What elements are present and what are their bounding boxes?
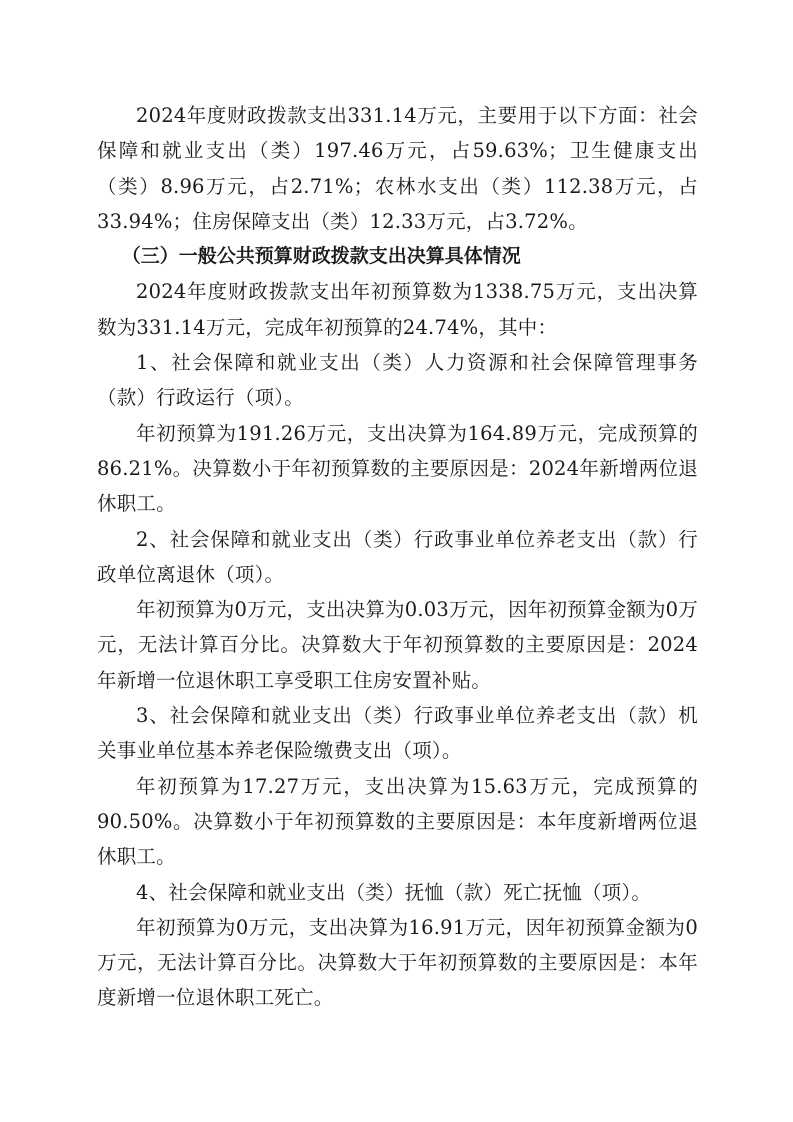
item-3-detail: 年初预算为17.27万元，支出决算为15.63万元，完成预算的90.50%。决算… bbox=[97, 769, 698, 875]
item-2-detail: 年初预算为0万元，支出决算为0.03万元，因年初预算金额为0万元，无法计算百分比… bbox=[97, 592, 698, 698]
item-4-title: 4、社会保障和就业支出（类）抚恤（款）死亡抚恤（项）。 bbox=[97, 875, 698, 910]
item-2-title: 2、社会保障和就业支出（类）行政事业单位养老支出（款）行政单位离退休（项）。 bbox=[97, 522, 698, 593]
item-4-detail: 年初预算为0万元，支出决算为16.91万元，因年初预算金额为0万元，无法计算百分… bbox=[97, 910, 698, 1016]
section-heading: （三）一般公共预算财政拨款支出决算具体情况 bbox=[97, 239, 698, 274]
intro-paragraph: 2024年度财政拨款支出331.14万元，主要用于以下方面：社会保障和就业支出（… bbox=[97, 98, 698, 239]
item-1-title: 1、社会保障和就业支出（类）人力资源和社会保障管理事务（款）行政运行（项）。 bbox=[97, 345, 698, 416]
document-page: 2024年度财政拨款支出331.14万元，主要用于以下方面：社会保障和就业支出（… bbox=[97, 98, 698, 1016]
item-3-title: 3、社会保障和就业支出（类）行政事业单位养老支出（款）机关事业单位基本养老保险缴… bbox=[97, 698, 698, 769]
item-1-detail: 年初预算为191.26万元，支出决算为164.89万元，完成预算的86.21%。… bbox=[97, 416, 698, 522]
summary-paragraph: 2024年度财政拨款支出年初预算数为1338.75万元，支出决算数为331.14… bbox=[97, 274, 698, 345]
